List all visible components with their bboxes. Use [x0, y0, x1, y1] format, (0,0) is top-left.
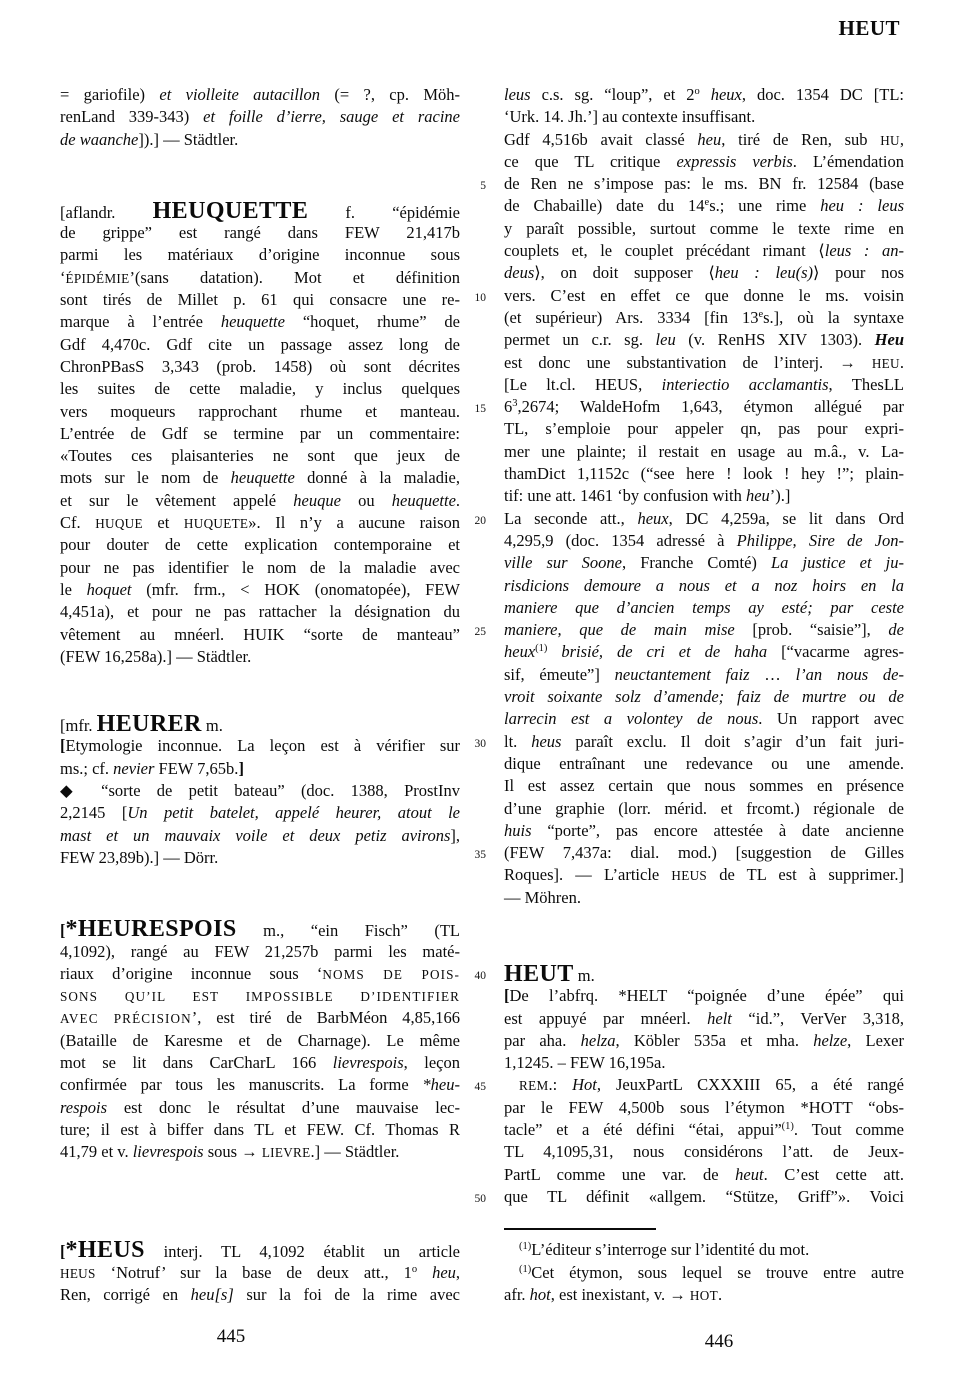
- line-number: 20: [475, 515, 487, 527]
- text-line: [*HEURESPOIS m., “ein Fisch” (TL: [60, 918, 460, 940]
- text-line: parmi les matériaux d’origine inconnue s…: [60, 244, 460, 266]
- line-number-gutter: 5101520253035404550: [452, 0, 486, 1400]
- text-line: AVEC PRÉCISION’, est tiré de BarbMéon 4,…: [60, 1007, 460, 1029]
- text-line: le hoquet (mfr. frm., < HOK (onomatopée)…: [60, 579, 460, 601]
- text-line: marque à l’entrée heuquette “hoquet, rhu…: [60, 311, 460, 333]
- line-number: 45: [475, 1081, 487, 1093]
- line-number: 40: [475, 970, 487, 982]
- page-number-left: 445: [196, 1326, 266, 1348]
- text-line: vêtement au mnéerl. HUIK “sorte de mante…: [60, 624, 460, 646]
- text-line: maniere, que de main mise [prob. “saisie…: [504, 619, 904, 641]
- text-line: vers. C’est en effet ce que donne le ms.…: [504, 285, 904, 307]
- text-line: de Ren ne s’impose pas: le ms. BN fr. 12…: [504, 173, 904, 195]
- text-line: renLand 339-343) et foille d’ierre, saug…: [60, 106, 460, 128]
- text-line: par le FEW 4,500b sous l’étymon *HOTT “o…: [504, 1097, 904, 1119]
- text-line: tacle” et a été défini “étai, appui”(1).…: [504, 1119, 904, 1141]
- text-line: TL, s’emploie pour appeler qn, pas pour …: [504, 418, 904, 440]
- text-line: mast et un mauvaix voile et deux petiz a…: [60, 825, 460, 847]
- line-number: 15: [475, 403, 487, 415]
- text-line: [De l’abfrq. *HELT “poignée d’une épée” …: [504, 985, 904, 1007]
- text-line: mot se lit dans CarCharL 166 lievrespois…: [60, 1052, 460, 1074]
- text-line: (Bataille de Karesme et de Charnage). Le…: [60, 1030, 460, 1052]
- text-line: ◆ “sorte de petit bateau” (doc. 1388, Pr…: [60, 780, 460, 802]
- text-line: 4,295,9 (doc. 1354 adressé à Philippe, S…: [504, 530, 904, 552]
- text-line: lt. heus paraît exclu. Il doit s’agir d’…: [504, 731, 904, 753]
- text-line: REM.: Hot, JeuxPartL CXXXIII 65, a été r…: [504, 1074, 904, 1096]
- text-line: 2,2145 [Un petit batelet, appelé heurer,…: [60, 802, 460, 824]
- text-line: afr. hot, est inexistant, v. → HOT.: [504, 1284, 904, 1306]
- text-line: SONS QU’IL EST IMPOSSIBLE D’IDENTIFIER: [60, 985, 460, 1007]
- text-line: que TL définit «allgem. “Stütze, Griff”»…: [504, 1186, 904, 1208]
- text-line: dique entraînant une redevance ou une am…: [504, 753, 904, 775]
- text-line: larrecin est a volontey de nous. Un rapp…: [504, 708, 904, 730]
- text-line: (1)Cet étymon, sous lequel se trouve ent…: [504, 1262, 904, 1284]
- entry-end-previous: = gariofile) et violleite autacillon (= …: [60, 84, 460, 151]
- text-line: mer une plainte; il restait en usage au …: [504, 441, 904, 463]
- text-line: ture; il est à biffer dans TL et FEW. Cf…: [60, 1119, 460, 1141]
- text-line: respois est donc le résultat d’une mauva…: [60, 1097, 460, 1119]
- text-line: de Chabaille) date du 14es.; une rime he…: [504, 195, 904, 217]
- text-line: ‘ÉPIDÉMIE’(sans datation). Mot et défini…: [60, 267, 460, 289]
- footnotes: (1)L’éditeur s’interroge sur l’identité …: [504, 1239, 904, 1306]
- text-line: ChronPBasS 3,343 (prob. 1458) où sont dé…: [60, 356, 460, 378]
- line-number: 35: [475, 849, 487, 861]
- text-line: — Möhren.: [504, 887, 904, 909]
- entry-heurer: [mfr. HEURER m.[Etymologie inconnue. La …: [60, 713, 460, 869]
- entry-heurespois: [*HEURESPOIS m., “ein Fisch” (TL4,1092),…: [60, 918, 460, 1163]
- text-line: [aflandr. HEUQUETTE f. “épidémie: [60, 200, 460, 222]
- text-line: deus⟩, on doit supposer ⟨heu : leu(s)⟩ p…: [504, 262, 904, 284]
- text-line: pour ne pas identifier le nom de la mala…: [60, 557, 460, 579]
- text-line: est donc une substantivation de l’interj…: [504, 352, 904, 374]
- text-line: ce que TL critique expressis verbis. L’é…: [504, 151, 904, 173]
- text-line: maniere que d’ancien temps ay esté; par …: [504, 597, 904, 619]
- text-line: Roques]. — L’article HEUS de TL est à su…: [504, 864, 904, 886]
- text-line: huis “porte”, pas encore attestée à date…: [504, 820, 904, 842]
- text-line: de grippe” est rangé dans FEW 21,417b: [60, 222, 460, 244]
- text-line: par aha. helza, Köbler 535a et mha. helz…: [504, 1030, 904, 1052]
- text-line: (FEW 16,258a).] — Städtler.: [60, 646, 460, 668]
- text-line: ‘Urk. 14. Jh.’] au contexte insuffisant.: [504, 106, 904, 128]
- text-line: les suites de cette maladie, y inclus qu…: [60, 378, 460, 400]
- page-number-right: 446: [684, 1331, 754, 1353]
- running-head: HEUT: [700, 16, 900, 41]
- text-line: 4,1092), rangé au FEW 21,257b parmi les …: [60, 941, 460, 963]
- text-line: risdicions demoure a nous et a noz hoirs…: [504, 575, 904, 597]
- text-line: (1)L’éditeur s’interroge sur l’identité …: [504, 1239, 904, 1261]
- text-line: vroit soixante solz d’amende; faiz de mu…: [504, 686, 904, 708]
- text-line: 41,79 et v. lievrespois sous → LIEVRE.] …: [60, 1141, 460, 1163]
- text-line: et sur le vêtement appelé heuque ou heuq…: [60, 490, 460, 512]
- line-number: 5: [480, 180, 486, 192]
- text-line: pour douter de cette explication contemp…: [60, 534, 460, 556]
- text-line: ms.; cf. nevier FEW 7,65b.]: [60, 758, 460, 780]
- left-column: = gariofile) et violleite autacillon (= …: [60, 84, 460, 1306]
- text-line: de waanche]).] — Städtler.: [60, 129, 460, 151]
- text-line: FEW 23,89b).] — Dörr.: [60, 847, 460, 869]
- line-number: 25: [475, 626, 487, 638]
- text-line: confirmée par tous les manuscrits. La fo…: [60, 1074, 460, 1096]
- text-line: ville sur Soone, Franche Comté) La justi…: [504, 552, 904, 574]
- text-line: riaux d’origine inconnue sous ‘NOMS DE P…: [60, 963, 460, 985]
- entry-heut: HEUT m.[De l’abfrq. *HELT “poignée d’une…: [504, 963, 904, 1208]
- line-number: 30: [475, 738, 487, 750]
- text-line: PartL comme une var. de heut. C’est cett…: [504, 1164, 904, 1186]
- text-line: vers moqueurs rapprochant rhume et mante…: [60, 401, 460, 423]
- text-line: Il est assez certain que nous sommes en …: [504, 775, 904, 797]
- text-line: permet un c.r. sg. leu (v. RenHS XIV 130…: [504, 329, 904, 351]
- text-line: [mfr. HEURER m.: [60, 713, 460, 735]
- text-line: thamDict 1,1152c (“see here ! look ! hey…: [504, 463, 904, 485]
- text-line: L’entrée de Gdf se termine par un commen…: [60, 423, 460, 445]
- text-line: 4,451a), et pour ne pas rattacher la dés…: [60, 601, 460, 623]
- footnote-rule: [504, 1228, 656, 1230]
- text-line: mots sur le nom de heuquette donné à la …: [60, 467, 460, 489]
- text-line: Ren, corrigé en heu[s] sur la foi de la …: [60, 1284, 460, 1306]
- right-column: leus c.s. sg. “loup”, et 2o heux, doc. 1…: [504, 84, 904, 1306]
- text-line: [Etymologie inconnue. La leçon est à vér…: [60, 735, 460, 757]
- text-line: Gdf 4,470c. Gdf cite un passage assez lo…: [60, 334, 460, 356]
- text-line: HEUT m.: [504, 963, 904, 985]
- line-number: 50: [475, 1193, 487, 1205]
- text-line: [Le lt.cl. HEUS, interiectio acclamantis…: [504, 374, 904, 396]
- entry-heus: [*HEUS interj. TL 4,1092 établit un arti…: [60, 1239, 460, 1306]
- entry-heus-continued: leus c.s. sg. “loup”, et 2o heux, doc. 1…: [504, 84, 904, 909]
- text-line: La seconde att., heux, DC 4,259a, se lit…: [504, 508, 904, 530]
- text-line: [*HEUS interj. TL 4,1092 établit un arti…: [60, 1239, 460, 1261]
- text-line: 1,1245. – FEW 16,195a.: [504, 1052, 904, 1074]
- text-line: sif, émeute”] neuctantement faiz … l’an …: [504, 664, 904, 686]
- text-line: y paraît possible, surtout comme le text…: [504, 218, 904, 240]
- text-line: HEUS ‘Notruf’ sur la base de deux att., …: [60, 1262, 460, 1284]
- text-line: tif: une att. 1461 ‘by confusion with he…: [504, 485, 904, 507]
- text-line: = gariofile) et violleite autacillon (= …: [60, 84, 460, 106]
- text-line: heux(1) brisié, de cri et de haha [“vaca…: [504, 641, 904, 663]
- text-line: d’une graphie (lorr. mérid. et frcomt.) …: [504, 798, 904, 820]
- text-line: TL 4,1095,31, nous considérons l’att. de…: [504, 1141, 904, 1163]
- text-line: est appuyé par mnéerl. helt “id.”, VerVe…: [504, 1008, 904, 1030]
- text-line: couplets et, le couplet précédant rimant…: [504, 240, 904, 262]
- text-line: sont tirés de Millet p. 61 qui consacre …: [60, 289, 460, 311]
- line-number: 10: [475, 292, 487, 304]
- text-line: leus c.s. sg. “loup”, et 2o heux, doc. 1…: [504, 84, 904, 106]
- text-line: (FEW 7,437a: dial. mod.) [suggestion de …: [504, 842, 904, 864]
- text-line: Cf. HUQUE et HUQUETE». Il n’y a aucune r…: [60, 512, 460, 534]
- text-line: «Toutes ces plaisanteries ne sont que je…: [60, 445, 460, 467]
- text-line: (et supérieur) Ars. 3334 [fin 13es.], où…: [504, 307, 904, 329]
- text-line: 63,2674; WaldeHofm 1,643, étymon allégué…: [504, 396, 904, 418]
- entry-heuquette: [aflandr. HEUQUETTE f. “épidémiede gripp…: [60, 200, 460, 668]
- text-line: Gdf 4,516b avait classé heu, tiré de Ren…: [504, 129, 904, 151]
